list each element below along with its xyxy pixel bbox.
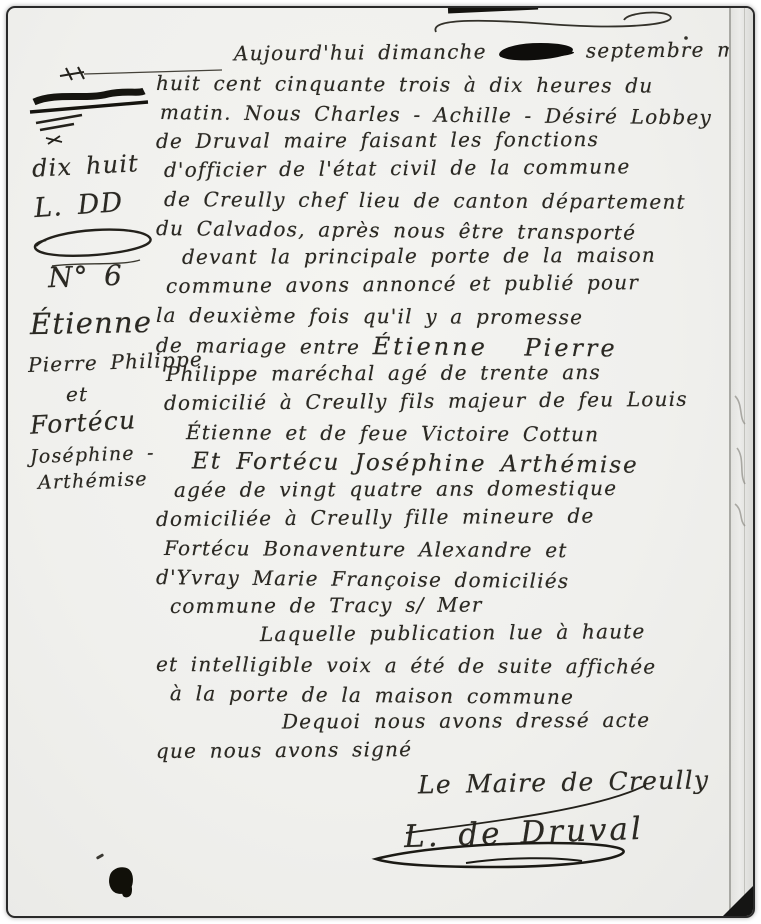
margin-groom-surname: Étienne: [30, 305, 153, 341]
act-line: huit cent cinquante trois à dix heures d…: [156, 69, 723, 101]
margin-act-number: N° 6: [47, 259, 123, 295]
opening-text-after-blot: septembre mil: [586, 37, 753, 62]
margin-notes: dix huit L. DD N° 6 Étienne Pierre Phili…: [18, 8, 158, 916]
act-line: que nous avons signé: [156, 733, 723, 766]
margin-conjunction: et: [66, 382, 88, 406]
photo-frame: dix huit L. DD N° 6 Étienne Pierre Phili…: [6, 6, 755, 918]
act-line: Fortécu Bonaventure Alexandre et: [156, 534, 723, 566]
margin-bride-surname: Fortécu: [29, 405, 137, 440]
act-line: Laquelle publication lue à haute: [156, 617, 723, 650]
margin-initials: L. DD: [33, 187, 124, 224]
margin-bride-firstname-2: Arthémise: [38, 468, 149, 494]
marriage-line-prefix: de mariage entre: [156, 333, 360, 359]
act-line: et intelligible voix a été de suite affi…: [156, 650, 723, 682]
margin-day-note: dix huit: [31, 149, 139, 183]
signature-block: L. de Druval: [156, 815, 723, 851]
signature-flourish: [346, 781, 676, 877]
act-line: la deuxième fois qu'il y a promesse: [156, 301, 723, 333]
act-line: de Creully chef lieu de canton départeme…: [156, 185, 723, 217]
act-line: d'officier de l'état civil de la commune: [156, 152, 723, 185]
date-ink-blot: [499, 41, 574, 61]
act-line: domiciliée à Creully fille mineure de: [156, 501, 723, 534]
act-line: domicilié à Creully fils majeur de feu L…: [156, 385, 723, 418]
bleedthrough-marks: [731, 388, 751, 528]
margin-bride-firstname-1: Joséphine -: [30, 442, 155, 468]
opening-text-before-blot: Aujourd'hui dimanche: [234, 39, 487, 65]
scanned-register-page: dix huit L. DD N° 6 Étienne Pierre Phili…: [0, 0, 761, 924]
act-line: Étienne et de feue Victoire Cottun: [156, 418, 723, 450]
act-opening-line: Aujourd'hui dimanche septembre mil: [156, 36, 723, 69]
act-line: commune avons annoncé et publié pour: [156, 268, 723, 301]
act-body: Aujourd'hui dimanche septembre mil huit …: [156, 40, 723, 851]
